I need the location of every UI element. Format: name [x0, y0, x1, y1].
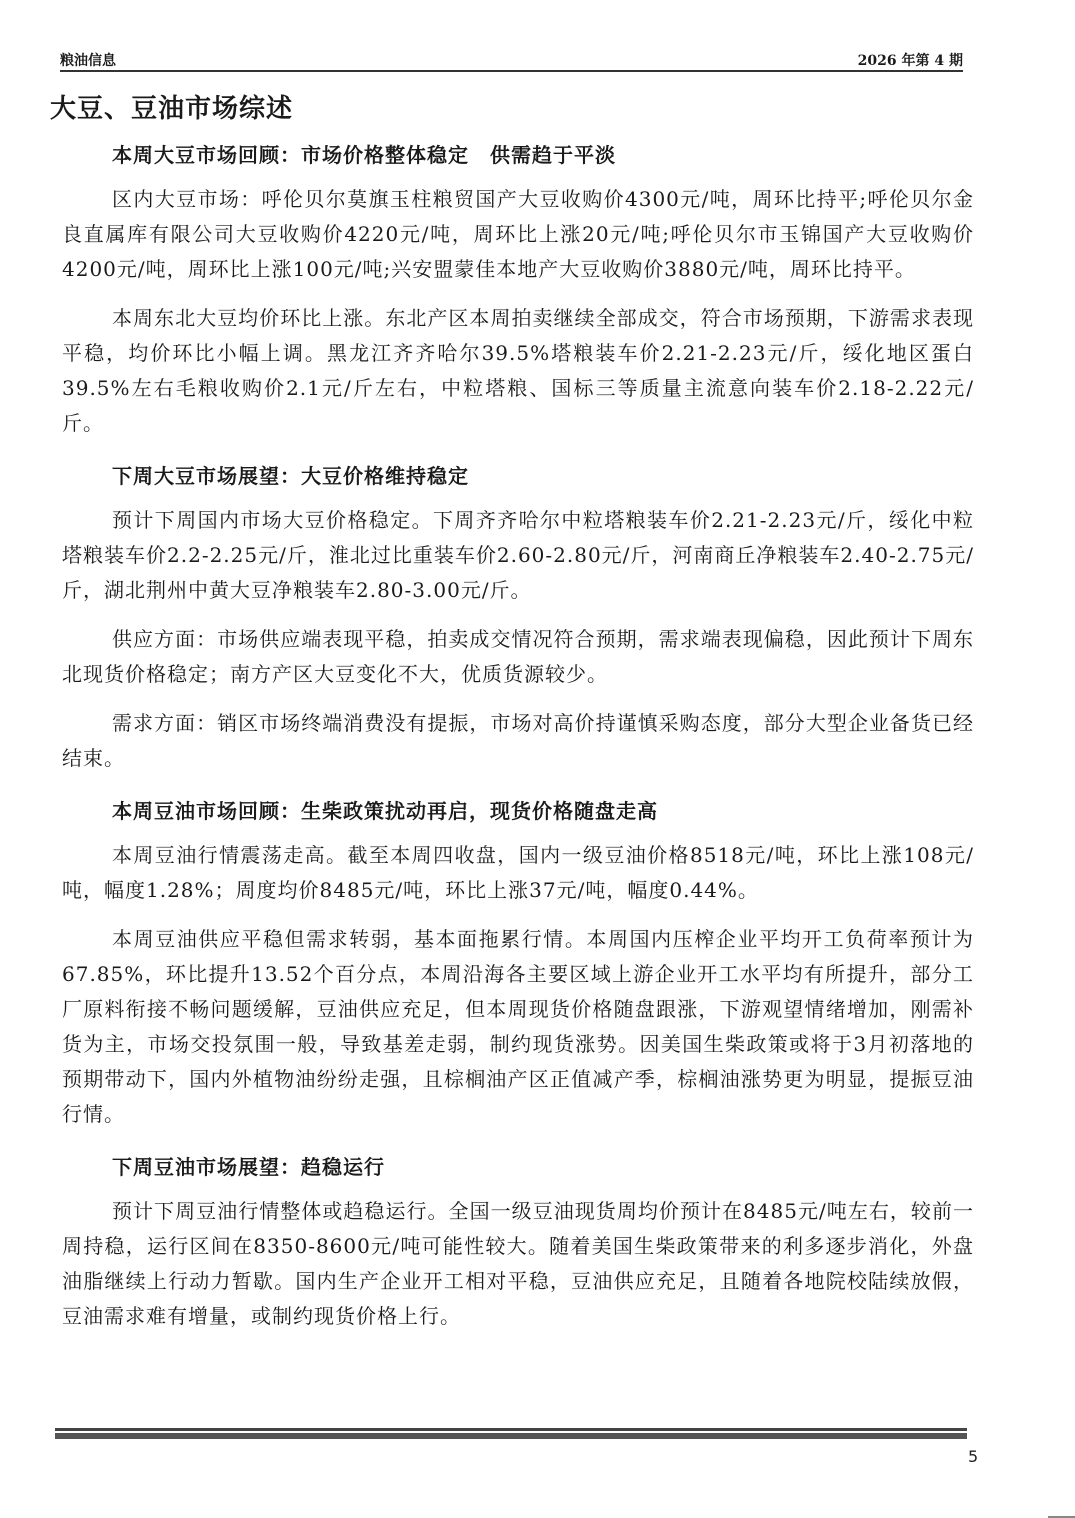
paragraph: 需求方面：销区市场终端消费没有提振，市场对高价持谨慎采购态度，部分大型企业备货已… — [62, 706, 974, 776]
publication-name: 粮油信息 — [60, 50, 116, 70]
section-soyoil-outlook: 下周豆油市场展望：趋稳运行 预计下周豆油行情整体或趋稳运行。全国一级豆油现货周均… — [62, 1146, 974, 1334]
section-soybean-outlook: 下周大豆市场展望：大豆价格维持稳定 预计下周国内市场大豆价格稳定。下周齐齐哈尔中… — [62, 455, 974, 776]
section-soyoil-review: 本周豆油市场回顾：生柴政策扰动再启，现货价格随盘走高 本周豆油行情震荡走高。截至… — [62, 790, 974, 1132]
paragraph: 预计下周国内市场大豆价格稳定。下周齐齐哈尔中粒塔粮装车价2.21-2.23元/斤… — [62, 503, 974, 608]
footer-divider-thick — [55, 1433, 967, 1439]
paragraph: 供应方面：市场供应端表现平稳，拍卖成交情况符合预期，需求端表现偏稳，因此预计下周… — [62, 622, 974, 692]
section-heading: 本周豆油市场回顾：生柴政策扰动再启，现货价格随盘走高 — [62, 790, 974, 832]
footer-divider-thin — [55, 1428, 967, 1431]
section-heading: 下周豆油市场展望：趋稳运行 — [62, 1146, 974, 1188]
section-soybean-review: 本周大豆市场回顾：市场价格整体稳定 供需趋于平淡 区内大豆市场：呼伦贝尔莫旗玉柱… — [62, 134, 974, 441]
paragraph: 区内大豆市场：呼伦贝尔莫旗玉柱粮贸国产大豆收购价4300元/吨，周环比持平;呼伦… — [62, 182, 974, 287]
running-header: 粮油信息 2026 年第 4 期 — [60, 48, 963, 72]
paragraph: 本周东北大豆均价环比上涨。东北产区本周拍卖继续全部成交，符合市场预期，下游需求表… — [62, 301, 974, 441]
page-number: 5 — [968, 1447, 978, 1466]
section-heading: 本周大豆市场回顾：市场价格整体稳定 供需趋于平淡 — [62, 134, 974, 176]
paragraph: 本周豆油供应平稳但需求转弱，基本面拖累行情。本周国内压榨企业平均开工负荷率预计为… — [62, 922, 974, 1132]
page-title: 大豆、豆油市场综述 — [50, 88, 293, 125]
paragraph: 预计下周豆油行情整体或趋稳运行。全国一级豆油现货周均价预计在8485元/吨左右，… — [62, 1194, 974, 1334]
paragraph: 本周豆油行情震荡走高。截至本周四收盘，国内一级豆油价格8518元/吨，环比上涨1… — [62, 838, 974, 908]
issue-number: 2026 年第 4 期 — [858, 50, 963, 70]
section-heading: 下周大豆市场展望：大豆价格维持稳定 — [62, 455, 974, 497]
article-body: 本周大豆市场回顾：市场价格整体稳定 供需趋于平淡 区内大豆市场：呼伦贝尔莫旗玉柱… — [62, 134, 974, 1348]
